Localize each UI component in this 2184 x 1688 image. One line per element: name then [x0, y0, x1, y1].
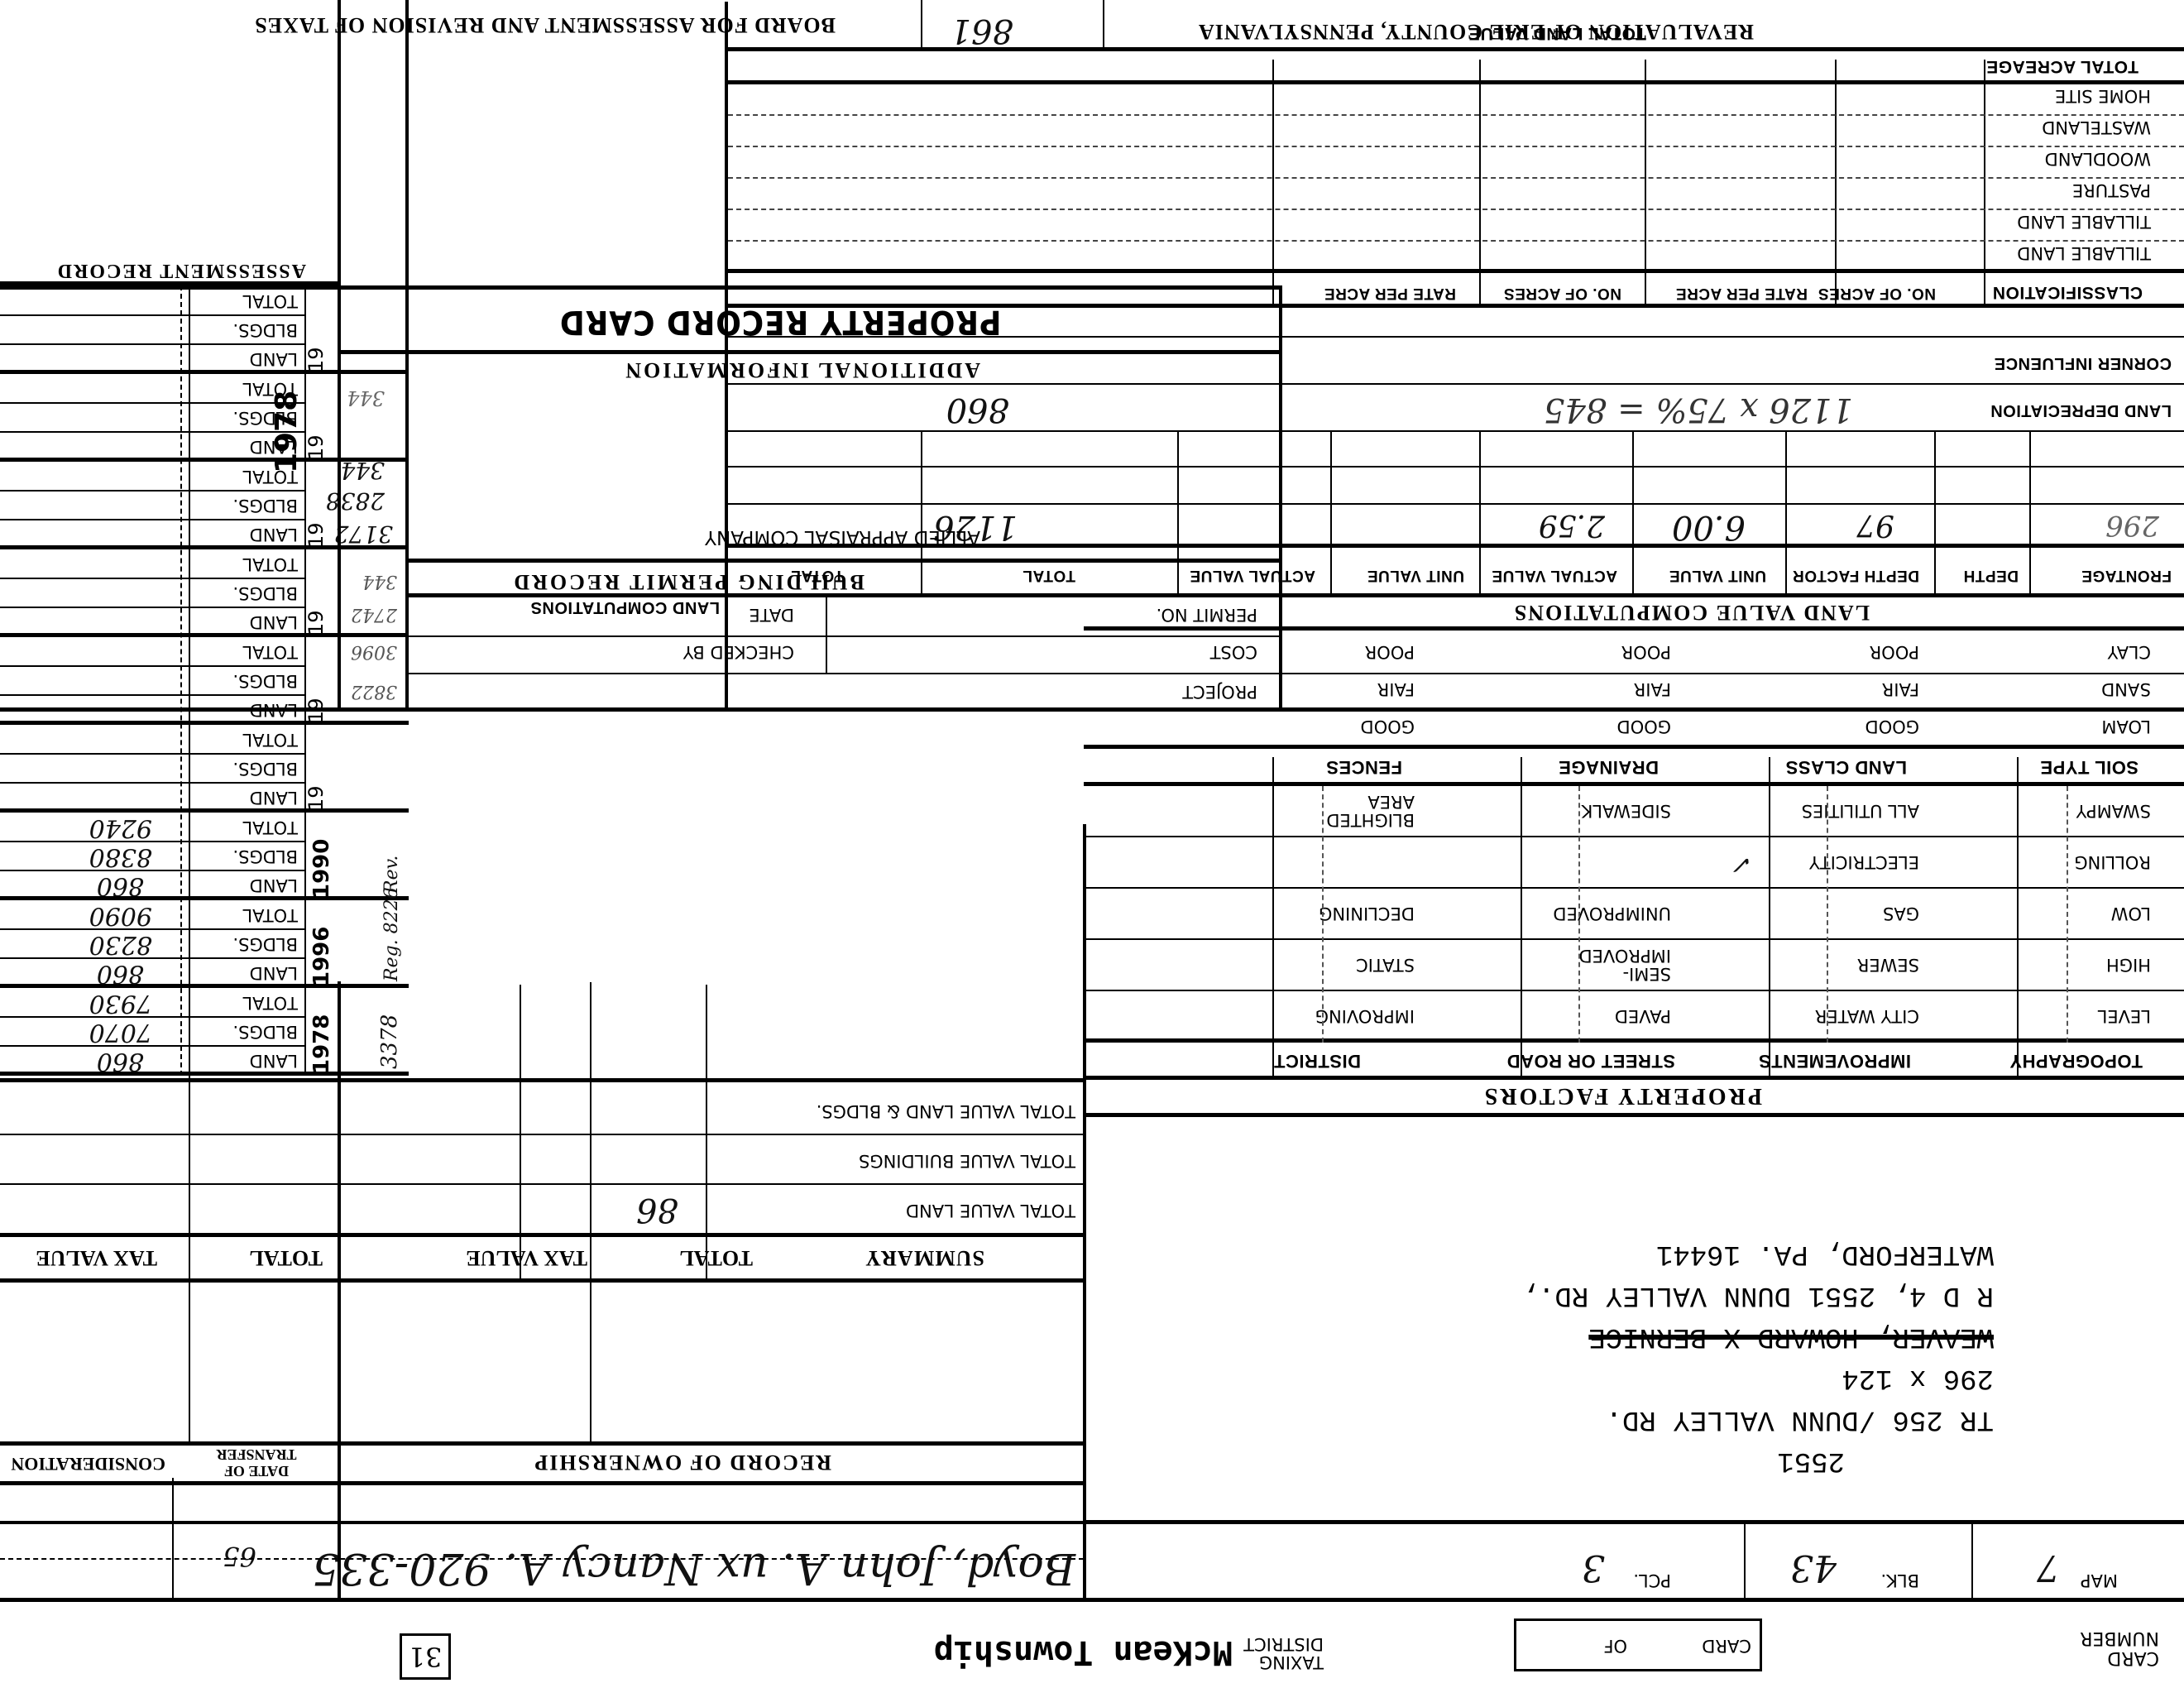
col-total-1: TOTAL — [1023, 566, 1075, 584]
row-bldgs-8: BLDGS. — [232, 320, 298, 340]
additional-info-title: ADDITIONAL INFORMATION — [623, 357, 980, 382]
row-bldgs-6: BLDGS. — [232, 496, 298, 516]
row-total-4: TOTAL — [242, 642, 298, 662]
district-declining: DECLINING — [1319, 904, 1415, 923]
district-improving: IMPROVING — [1315, 1006, 1415, 1026]
land-class-good: GOOD — [1865, 717, 1919, 736]
soil-clay: CLAY — [2108, 642, 2151, 662]
row-total-2: TOTAL — [242, 818, 298, 837]
summary-row-land-bldgs: TOTAL VALUE LAND & BLDGS. — [817, 1101, 1075, 1121]
pcl-value: 3 — [1582, 1547, 1605, 1589]
road-unimproved: UNIMPROVED — [1553, 904, 1671, 923]
impr-gas: GAS — [1883, 904, 1919, 923]
rate-per-acre-header-2: RATE PER ACRE — [1324, 284, 1456, 302]
road-paved: PAVED — [1615, 1006, 1671, 1026]
land-class-fair: FAIR — [1882, 679, 1919, 699]
col-frontage: FRONTAGE — [2081, 566, 2172, 584]
drainage-good: GOOD — [1616, 717, 1671, 736]
taxing-district-label: TAXING DISTRICT — [1224, 1635, 1324, 1671]
row-land-1: LAND — [250, 963, 298, 983]
assessment-table: 1978 1996 1990 19 19 19 19 19 19 3378 Re… — [0, 285, 409, 1076]
address-line: 296 x 124 — [1521, 1357, 1994, 1398]
year-label-6: 19 — [304, 522, 328, 548]
card-of-box: CARD OF — [1514, 1618, 1762, 1671]
fences-poor: POOR — [1365, 642, 1415, 662]
assessment-record-title: ASSESSMENT RECORD — [56, 259, 306, 281]
topo-low: LOW — [2111, 904, 2151, 923]
project-label: PROJECT — [1182, 682, 1257, 702]
total-land-value: 861 — [951, 12, 1013, 50]
bldgs-value-2: 8380 — [89, 842, 152, 871]
year-note-1: Reg. 8226 — [381, 887, 402, 981]
total-value-1: 9090 — [89, 901, 152, 930]
permit-no-label: PERMIT NO. — [1157, 605, 1257, 625]
summary-col-total-2: TOTAL — [249, 1245, 323, 1270]
row-total-8: TOTAL — [242, 291, 298, 311]
owner-transfer-date: 65 — [223, 1541, 256, 1572]
improvements-header: IMPROVEMENTS — [1759, 1050, 1911, 1072]
impr-electricity: ELECTRICITY — [1809, 852, 1919, 872]
row-bldgs-2: BLDGS. — [232, 846, 298, 866]
topo-rolling: ROLLING — [2074, 852, 2151, 872]
row-total-1: TOTAL — [242, 905, 298, 925]
row-land-5: LAND — [250, 612, 298, 632]
impr-city-water: CITY WATER — [1815, 1006, 1919, 1026]
summary-col-tax-value-1: TAX VALUE — [466, 1245, 587, 1270]
row-land-7: LAND — [250, 437, 298, 457]
row-bldgs-4: BLDGS. — [232, 671, 298, 691]
owner-entry: Boyd, John A. ux Nancy A. 920-335 — [312, 1543, 1075, 1593]
street-or-road-header: STREET OR ROAD — [1506, 1050, 1675, 1072]
property-factors-title: PROPERTY FACTORS — [1482, 1082, 1762, 1109]
unit-value-1: 6.00 — [1672, 508, 1746, 546]
address-line: R D 4, 2551 DUNN VALLEY RD., — [1521, 1274, 1994, 1316]
col-actual-value-1: ACTUAL VALUE — [1492, 566, 1617, 584]
road-sidewalk: SIDEWALK — [1582, 801, 1671, 821]
year-label-8: 19 — [304, 347, 328, 372]
land-depreciation-note: 1126 x 75% = 845 — [1544, 391, 1853, 429]
year-label-5: 19 — [304, 610, 328, 635]
header-right-title: BOARD FOR ASSESSMENT AND REVISION OF TAX… — [254, 12, 836, 37]
property-record-card: BOARD FOR ASSESSMENT AND REVISION OF TAX… — [0, 0, 2184, 1688]
no-of-acres-header-2: NO. OF ACRES — [1503, 284, 1621, 302]
class-pasture: PASTURE — [2072, 180, 2151, 200]
year-label-1: 1996 — [309, 927, 334, 986]
class-woodland: WOODLAND — [2045, 149, 2151, 169]
property-record-card-title: PROPERTY RECORD CARD — [559, 303, 1001, 341]
year-label-3: 19 — [304, 785, 328, 811]
topography-header: TOPOGRAPHY — [2009, 1050, 2143, 1072]
soil-sand: SAND — [2101, 679, 2151, 699]
drainage-header: DRAINAGE — [1559, 756, 1659, 778]
corner-influence-label: CORNER INFLUENCE — [1994, 353, 2172, 372]
bldgs-value-0: 7070 — [89, 1018, 152, 1047]
year-label-0: 1978 — [309, 1014, 334, 1074]
pcl-label: PCL. — [1633, 1571, 1671, 1590]
land-class-poor: POOR — [1870, 642, 1919, 662]
district-box: 31 — [400, 1633, 451, 1680]
appraisal-company: ALLIED APPRAISAL COMPANY — [705, 526, 980, 548]
blk-label: BLK. — [1880, 1571, 1919, 1590]
col-depth: DEPTH — [1963, 566, 2019, 584]
class-home-site: HOME SITE — [2055, 86, 2151, 106]
class-wasteland: WASTELAND — [2042, 117, 2151, 137]
card-number-label: CARD NUMBER — [2068, 1628, 2159, 1667]
col-unit-value-2: UNIT VALUE — [1367, 566, 1464, 584]
cost-label: COST — [1210, 642, 1257, 662]
col-unit-value-1: UNIT VALUE — [1669, 566, 1766, 584]
classification-header: CLASSIFICATION — [1992, 282, 2143, 302]
year-label-2: 1990 — [309, 839, 334, 899]
frontage-value: 296 — [2105, 509, 2159, 542]
map-label: MAP — [2081, 1571, 2118, 1590]
row-bldgs-0: BLDGS. — [232, 1022, 298, 1042]
fences-header: FENCES — [1326, 756, 1402, 778]
fences-good: GOOD — [1360, 717, 1415, 736]
row-total-5: TOTAL — [242, 554, 298, 574]
district-blighted-area: BLIGHTED AREA — [1315, 793, 1415, 829]
topo-high: HIGH — [2106, 955, 2151, 975]
checked-by-label: CHECKED BY — [683, 642, 794, 662]
summary-col-total-1: TOTAL — [679, 1245, 753, 1270]
consideration-label: CONSIDERATION — [11, 1453, 165, 1475]
land-value-0: 860 — [97, 1047, 144, 1076]
total-land-value-label: TOTAL LAND VALUE — [1468, 23, 1646, 43]
address-block: 2551 TR 256 /DUNN VALLEY RD. 296 x 124 W… — [1521, 1233, 1994, 1481]
topo-level: LEVEL — [2098, 1006, 2151, 1026]
row-land-2: LAND — [250, 875, 298, 895]
ownership-title: RECORD OF OWNERSHIP — [533, 1450, 831, 1475]
actual-value-1: 2.59 — [1539, 508, 1605, 542]
township-stamp: McKean Township — [934, 1633, 1233, 1671]
of-label: OF — [1603, 1636, 1627, 1656]
summary-land-total: 86 — [636, 1191, 678, 1229]
address-line: TR 256 /DUNN VALLEY RD. — [1521, 1398, 1994, 1440]
summary-row-land: TOTAL VALUE LAND — [906, 1201, 1075, 1220]
depth-factor-value: 97 — [1856, 508, 1894, 542]
district-header: DISTRICT — [1274, 1050, 1361, 1072]
soil-type-header: SOIL TYPE — [2040, 756, 2138, 778]
class-tillable-2: TILLABLE LAND — [2017, 212, 2151, 232]
building-permit-title: BUILDING PERMIT RECORD — [511, 569, 864, 594]
date-of-transfer-label: DATE OF TRANSFER — [190, 1446, 323, 1479]
row-land-0: LAND — [250, 1051, 298, 1071]
total-acreage-label: TOTAL ACREAGE — [1986, 56, 2138, 76]
district-static: STATIC — [1356, 955, 1415, 975]
row-total-3: TOTAL — [242, 730, 298, 750]
soil-loam: LOAM — [2101, 717, 2151, 736]
year-note-0: 3378 — [377, 1014, 402, 1069]
electricity-check-icon: ✓ — [1733, 850, 1754, 879]
rate-per-acre-header-1: RATE PER ACRE — [1675, 284, 1808, 302]
summary-row-buildings: TOTAL VALUE BUILDINGS — [859, 1151, 1075, 1171]
impr-all-utilities: ALL UTILITIES — [1802, 801, 1919, 821]
address-line-struck: WEAVER, HOWARD X BERNICE — [1521, 1316, 1994, 1357]
map-value: 7 — [2037, 1547, 2060, 1589]
blk-value: 43 — [1790, 1547, 1837, 1589]
class-tillable-1: TILLABLE LAND — [2017, 243, 2151, 263]
land-depreciation-label: LAND DEPRECIATION — [1990, 400, 2172, 420]
row-land-6: LAND — [250, 525, 298, 544]
date-label: DATE — [749, 605, 794, 625]
col-depth-factor: DEPTH FACTOR — [1793, 566, 1919, 584]
row-total-6: TOTAL — [242, 467, 298, 487]
row-total-0: TOTAL — [242, 993, 298, 1013]
topo-swampy: SWAMPY — [2076, 801, 2151, 821]
address-line: WATERFORD, PA. 16441 — [1521, 1233, 1994, 1274]
row-land-3: LAND — [250, 788, 298, 808]
summary-col-tax-value-2: TAX VALUE — [36, 1245, 157, 1270]
land-value-1: 860 — [97, 959, 144, 988]
total-value-0: 7930 — [89, 989, 152, 1018]
card-label: CARD — [1702, 1636, 1751, 1656]
address-line: 2551 — [1521, 1440, 1994, 1481]
row-total-7: TOTAL — [242, 379, 298, 399]
year-label-7: 19 — [304, 434, 328, 460]
land-computations-label: LAND COMPUTATIONS — [530, 597, 720, 616]
land-value-title: LAND VALUE COMPUTATIONS — [1513, 600, 1870, 625]
land-value-2: 860 — [97, 871, 144, 900]
drainage-fair: FAIR — [1634, 679, 1671, 699]
row-bldgs-7: BLDGS. — [232, 408, 298, 428]
total-value-2: 9240 — [89, 813, 152, 842]
summary-title: SUMMARY — [864, 1245, 984, 1270]
row-bldgs-1: BLDGS. — [232, 934, 298, 954]
drainage-poor: POOR — [1621, 642, 1671, 662]
bldgs-value-1: 8230 — [89, 930, 152, 959]
impr-sewer: SEWER — [1857, 955, 1919, 975]
col-actual-value-2: ACTUAL VALUE — [1190, 566, 1315, 584]
row-bldgs-3: BLDGS. — [232, 759, 298, 779]
row-land-8: LAND — [250, 349, 298, 369]
row-bldgs-5: BLDGS. — [232, 583, 298, 603]
land-value-header-row: FRONTAGE DEPTH DEPTH FACTOR UNIT VALUE A… — [728, 548, 2184, 597]
land-depreciation-value: 860 — [946, 391, 1009, 429]
land-class-header: LAND CLASS — [1785, 756, 1907, 778]
fences-fair: FAIR — [1377, 679, 1415, 699]
year-note-2: Rev. — [381, 856, 402, 894]
